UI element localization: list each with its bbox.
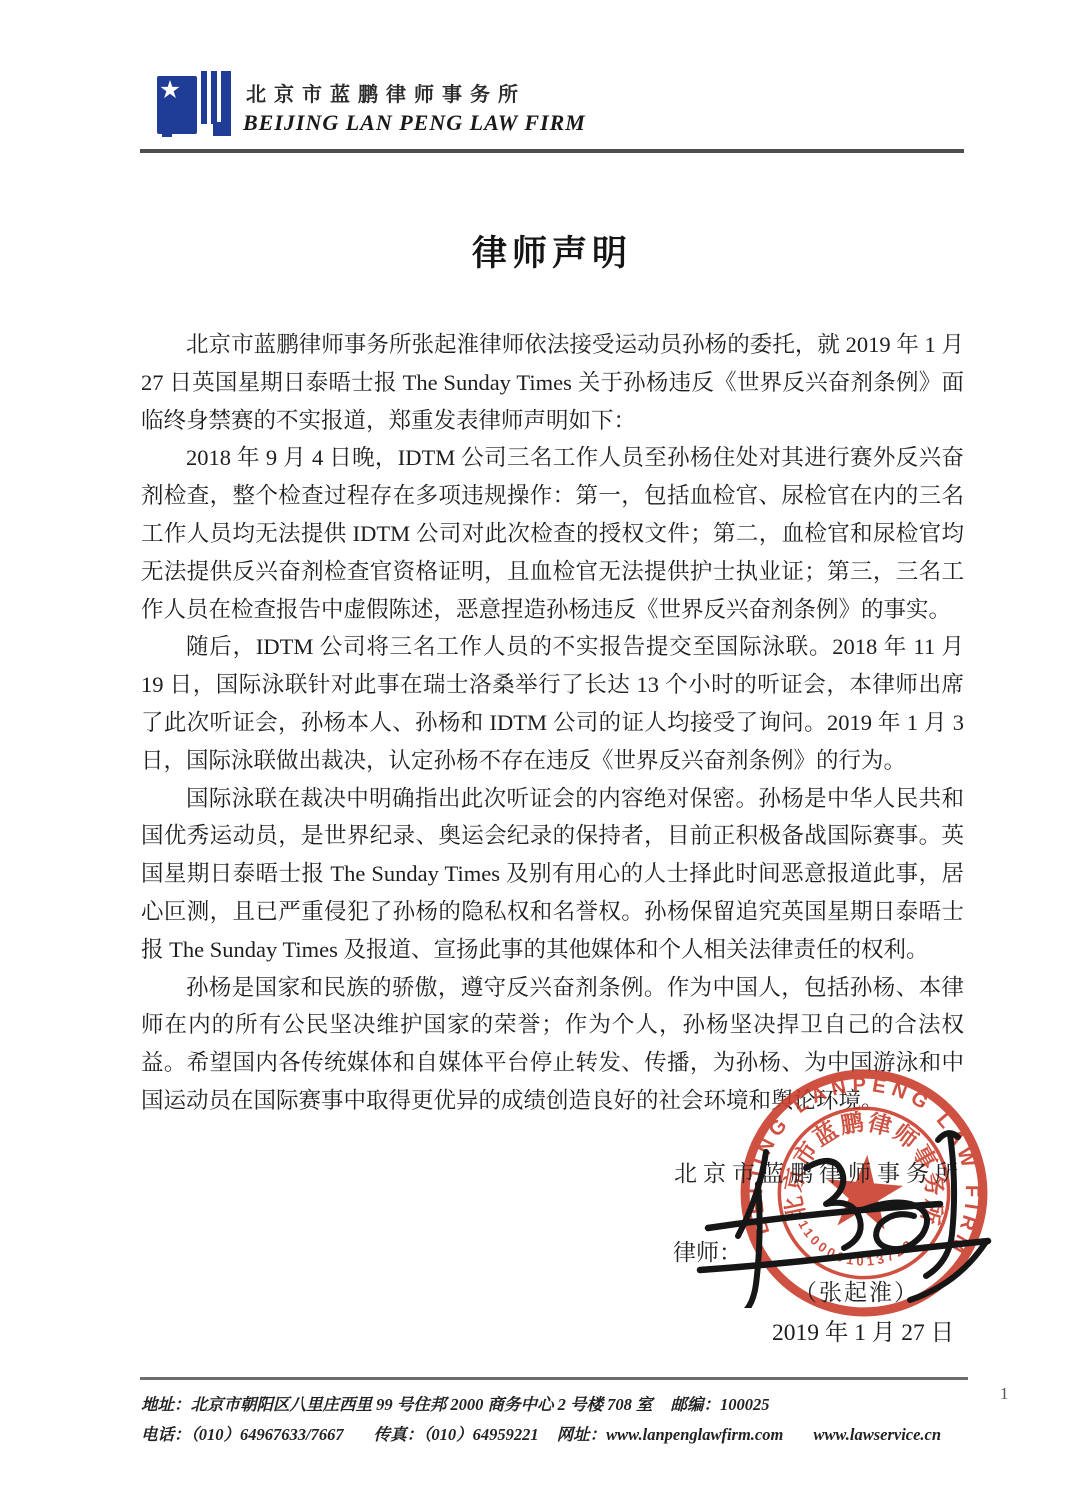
fax-label: 传真： (374, 1425, 424, 1444)
paragraph-3: 随后，IDTM 公司将三名工作人员的不实报告提交至国际泳联。2018 年 11 … (141, 628, 964, 779)
header-firm-name-en: BEIJING LAN PENG LAW FIRM (243, 110, 586, 136)
footer-contact-block: 地址：北京市朝阳区八里庄西里 99 号住邦 2000 商务中心 2 号楼 708… (141, 1390, 971, 1450)
signer-name: （张起淮） (794, 1274, 919, 1307)
statement-date: 2019 年 1 月 27 日 (772, 1313, 954, 1347)
page-number: 1 (1000, 1384, 1009, 1404)
paragraph-4: 国际泳联在裁决中明确指出此次听证会的内容绝对保密。孙杨是中华人民共和国优秀运动员… (141, 780, 964, 969)
paragraph-1: 北京市蓝鹏律师事务所张起淮律师依法接受运动员孙杨的委托，就 2019 年 1 月… (141, 326, 964, 439)
statement-body: 北京市蓝鹏律师事务所张起淮律师依法接受运动员孙杨的委托，就 2019 年 1 月… (141, 326, 964, 1120)
fax-value: （010）64959221 (423, 1425, 539, 1444)
header-divider (140, 149, 964, 153)
phone-label: 电话： (141, 1425, 191, 1444)
address-value: 北京市朝阳区八里庄西里 99 号住邦 2000 商务中心 2 号楼 708 室 (191, 1395, 653, 1414)
address-label: 地址： (141, 1395, 191, 1414)
phone-value: （010）64967633/7667 (191, 1425, 344, 1444)
document-title: 律师声明 (140, 226, 964, 276)
website-primary: www.lanpenglawfirm.com (606, 1425, 783, 1444)
website-secondary: www.lawservice.cn (813, 1425, 941, 1444)
footer-line-address: 地址：北京市朝阳区八里庄西里 99 号住邦 2000 商务中心 2 号楼 708… (141, 1390, 971, 1420)
postal-value: 100025 (720, 1395, 770, 1414)
footer-line-contacts: 电话：（010）64967633/7667传真：（010）64959221网址：… (141, 1420, 971, 1450)
paragraph-2: 2018 年 9 月 4 日晚，IDTM 公司三名工作人员至孙杨住处对其进行赛外… (141, 439, 964, 628)
firm-logo-icon (156, 70, 232, 138)
footer-divider (140, 1377, 968, 1380)
postal-label: 邮编： (671, 1395, 721, 1414)
web-label: 网址： (557, 1425, 607, 1444)
header-firm-name-cn: 北京市蓝鹏律师事务所 (246, 78, 526, 107)
letterhead-page: 北京市蓝鹏律师事务所 BEIJING LAN PENG LAW FIRM 律师声… (0, 0, 1066, 1498)
